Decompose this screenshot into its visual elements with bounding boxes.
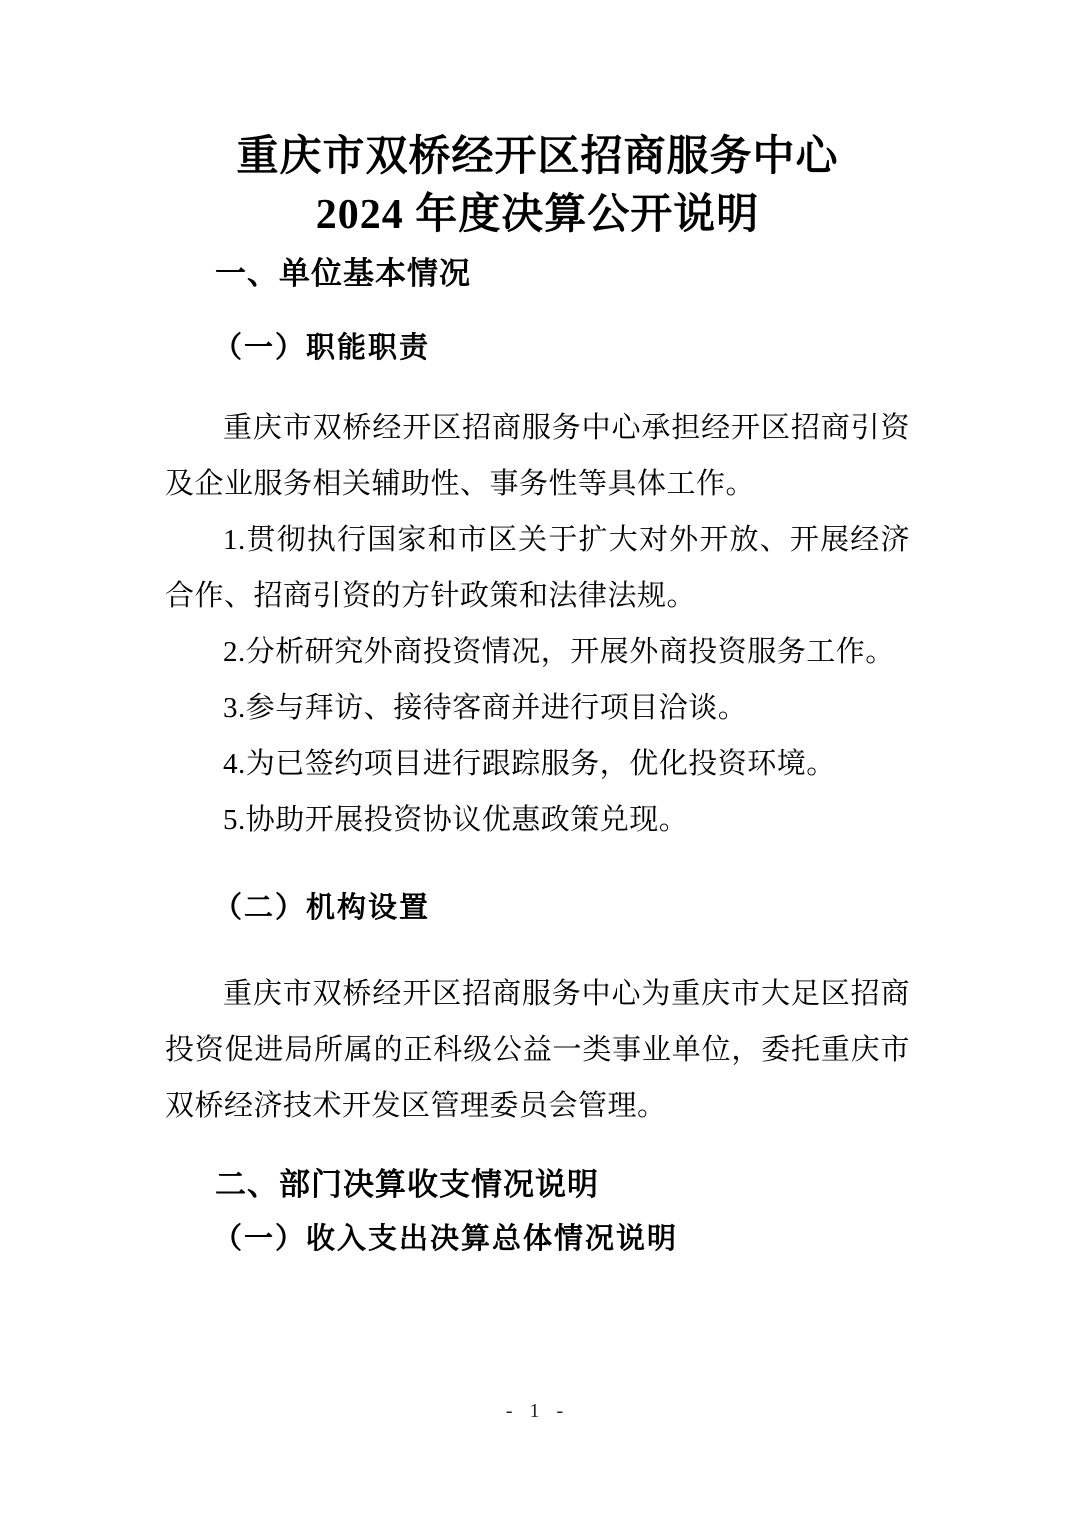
- page-number: - 1 -: [0, 1400, 1075, 1423]
- list-item-duty-3: 3.参与拜访、接待客商并进行项目洽谈。: [165, 680, 910, 736]
- list-item-duty-2: 2.分析研究外商投资情况，开展外商投资服务工作。: [165, 624, 910, 680]
- list-item-duty-4: 4.为已签约项目进行跟踪服务，优化投资环境。: [165, 736, 910, 792]
- document-title-line2: 2024 年度决算公开说明: [165, 186, 910, 244]
- section-heading-budget-final-accounts: 二、部门决算收支情况说明: [165, 1163, 910, 1207]
- section-heading-unit-basic-info: 一、单位基本情况: [165, 252, 910, 296]
- subsection-heading-functions-duties: （一）职能职责: [165, 326, 910, 370]
- document-page: 重庆市双桥经开区招商服务中心 2024 年度决算公开说明 一、单位基本情况 （一…: [0, 0, 1075, 1520]
- paragraph-organization-overview: 重庆市双桥经开区招商服务中心为重庆市大足区招商投资促进局所属的正科级公益一类事业…: [165, 966, 910, 1134]
- list-item-duty-1: 1.贯彻执行国家和市区关于扩大对外开放、开展经济合作、招商引资的方针政策和法律法…: [165, 512, 910, 624]
- subsection-heading-income-expenditure-overview: （一）收入支出决算总体情况说明: [165, 1217, 910, 1261]
- list-item-duty-5: 5.协助开展投资协议优惠政策兑现。: [165, 792, 910, 848]
- paragraph-functions-overview: 重庆市双桥经开区招商服务中心承担经开区招商引资及企业服务相关辅助性、事务性等具体…: [165, 400, 910, 512]
- subsection-heading-organization-setup: （二）机构设置: [165, 886, 910, 930]
- document-title-line1: 重庆市双桥经开区招商服务中心: [165, 128, 910, 186]
- document-title: 重庆市双桥经开区招商服务中心 2024 年度决算公开说明: [165, 128, 910, 244]
